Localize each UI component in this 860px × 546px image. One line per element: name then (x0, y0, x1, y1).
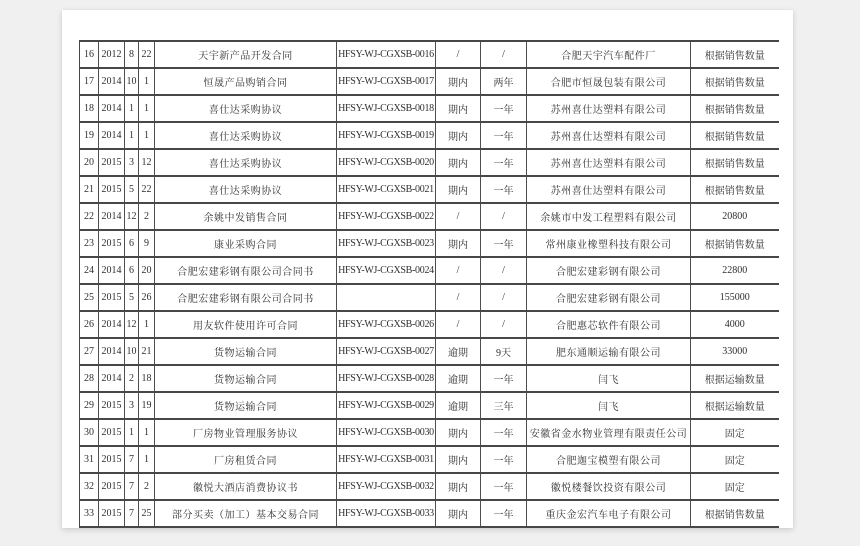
cell-no: 26 (80, 311, 99, 338)
table-row: 242014620合肥宏建彩钢有限公司合同书HFSY-WJ-CGXSB-0024… (80, 257, 779, 284)
cell-company: 合肥宏建彩钢有限公司 (527, 284, 691, 311)
table-row: 292015319货物运输合同HFSY-WJ-CGXSB-0029逾期三年闫飞根… (80, 392, 779, 419)
cell-day: 26 (139, 284, 155, 311)
cell-number: HFSY-WJ-CGXSB-0017 (337, 68, 436, 95)
cell-status: 期内 (436, 419, 481, 446)
cell-number: HFSY-WJ-CGXSB-0016 (337, 41, 436, 68)
cell-company: 合肥惠芯软件有限公司 (527, 311, 691, 338)
cell-duration: 一年 (481, 95, 527, 122)
cell-day: 22 (139, 176, 155, 203)
cell-status: 期内 (436, 122, 481, 149)
cell-month: 7 (125, 473, 139, 500)
cell-company: 苏州喜仕达塑料有限公司 (527, 95, 691, 122)
cell-name: 恒晟产品购销合同 (155, 68, 337, 95)
contract-table: 162012822天宇新产品开发合同HFSY-WJ-CGXSB-0016//合肥… (79, 40, 779, 528)
table-row: 262014121用友软件使用许可合同HFSY-WJ-CGXSB-0026//合… (80, 311, 779, 338)
cell-number: HFSY-WJ-CGXSB-0026 (337, 311, 436, 338)
table-row: 282014218货物运输合同HFSY-WJ-CGXSB-0028逾期一年闫飞根… (80, 365, 779, 392)
cell-no: 32 (80, 473, 99, 500)
cell-quantity: 根据销售数量 (691, 95, 779, 122)
cell-name: 喜仕达采购协议 (155, 95, 337, 122)
cell-name: 合肥宏建彩钢有限公司合同书 (155, 257, 337, 284)
cell-year: 2014 (99, 338, 125, 365)
cell-number: HFSY-WJ-CGXSB-0024 (337, 257, 436, 284)
cell-no: 33 (80, 500, 99, 527)
table-row: 18201411喜仕达采购协议HFSY-WJ-CGXSB-0018期内一年苏州喜… (80, 95, 779, 122)
cell-company: 合肥迦宝模塑有限公司 (527, 446, 691, 473)
cell-quantity: 固定 (691, 419, 779, 446)
cell-no: 20 (80, 149, 99, 176)
cell-no: 30 (80, 419, 99, 446)
cell-month: 7 (125, 500, 139, 527)
scanned-page: 162012822天宇新产品开发合同HFSY-WJ-CGXSB-0016//合肥… (62, 10, 793, 528)
cell-status: / (436, 257, 481, 284)
cell-month: 12 (125, 311, 139, 338)
cell-year: 2015 (99, 419, 125, 446)
table-row: 222014122余姚中发销售合同HFSY-WJ-CGXSB-0022//余姚市… (80, 203, 779, 230)
cell-year: 2014 (99, 257, 125, 284)
table-row: 162012822天宇新产品开发合同HFSY-WJ-CGXSB-0016//合肥… (80, 41, 779, 68)
cell-year: 2012 (99, 41, 125, 68)
cell-day: 1 (139, 122, 155, 149)
cell-duration: 一年 (481, 149, 527, 176)
table-row: 19201411喜仕达采购协议HFSY-WJ-CGXSB-0019期内一年苏州喜… (80, 122, 779, 149)
cell-year: 2015 (99, 500, 125, 527)
cell-duration: 一年 (481, 122, 527, 149)
cell-number: HFSY-WJ-CGXSB-0018 (337, 95, 436, 122)
cell-month: 3 (125, 149, 139, 176)
cell-month: 6 (125, 257, 139, 284)
cell-quantity: 155000 (691, 284, 779, 311)
cell-status: 期内 (436, 68, 481, 95)
cell-status: 期内 (436, 446, 481, 473)
cell-quantity: 根据销售数量 (691, 41, 779, 68)
cell-duration: 三年 (481, 392, 527, 419)
cell-company: 合肥天宇汽车配件厂 (527, 41, 691, 68)
table-row: 202015312喜仕达采购协议HFSY-WJ-CGXSB-0020期内一年苏州… (80, 149, 779, 176)
cell-number: HFSY-WJ-CGXSB-0019 (337, 122, 436, 149)
cell-duration: / (481, 41, 527, 68)
cell-quantity: 22800 (691, 257, 779, 284)
cell-duration: / (481, 284, 527, 311)
cell-duration: / (481, 203, 527, 230)
cell-duration: 一年 (481, 419, 527, 446)
cell-year: 2014 (99, 365, 125, 392)
cell-year: 2015 (99, 473, 125, 500)
cell-company: 肥东通顺运输有限公司 (527, 338, 691, 365)
table-row: 31201571厂房租赁合同HFSY-WJ-CGXSB-0031期内一年合肥迦宝… (80, 446, 779, 473)
cell-status: 期内 (436, 230, 481, 257)
cell-day: 22 (139, 41, 155, 68)
cell-month: 8 (125, 41, 139, 68)
cell-year: 2014 (99, 122, 125, 149)
cell-status: 逾期 (436, 338, 481, 365)
cell-year: 2015 (99, 284, 125, 311)
cell-name: 货物运输合同 (155, 365, 337, 392)
cell-month: 5 (125, 176, 139, 203)
table-row: 212015522喜仕达采购协议HFSY-WJ-CGXSB-0021期内一年苏州… (80, 176, 779, 203)
cell-quantity: 33000 (691, 338, 779, 365)
cell-company: 合肥市恒晟包装有限公司 (527, 68, 691, 95)
cell-company: 闫飞 (527, 392, 691, 419)
cell-duration: / (481, 257, 527, 284)
cell-duration: 一年 (481, 446, 527, 473)
cell-day: 2 (139, 203, 155, 230)
cell-company: 闫飞 (527, 365, 691, 392)
cell-duration: 一年 (481, 230, 527, 257)
cell-quantity: 根据销售数量 (691, 230, 779, 257)
cell-company: 常州康业橡塑科技有限公司 (527, 230, 691, 257)
contract-table-body: 162012822天宇新产品开发合同HFSY-WJ-CGXSB-0016//合肥… (80, 41, 779, 527)
cell-name: 厂房租赁合同 (155, 446, 337, 473)
cell-day: 25 (139, 500, 155, 527)
cell-quantity: 根据销售数量 (691, 149, 779, 176)
cell-company: 苏州喜仕达塑料有限公司 (527, 122, 691, 149)
cell-number: HFSY-WJ-CGXSB-0029 (337, 392, 436, 419)
cell-quantity: 根据运输数量 (691, 365, 779, 392)
cell-number (337, 284, 436, 311)
cell-duration: / (481, 311, 527, 338)
cell-duration: 一年 (481, 176, 527, 203)
cell-company: 余姚市中发工程塑料有限公司 (527, 203, 691, 230)
cell-no: 23 (80, 230, 99, 257)
table-row: 30201511厂房物业管理服务协议HFSY-WJ-CGXSB-0030期内一年… (80, 419, 779, 446)
cell-status: 逾期 (436, 392, 481, 419)
cell-status: / (436, 311, 481, 338)
cell-day: 20 (139, 257, 155, 284)
cell-no: 28 (80, 365, 99, 392)
cell-duration: 一年 (481, 365, 527, 392)
cell-day: 18 (139, 365, 155, 392)
cell-duration: 一年 (481, 473, 527, 500)
cell-month: 7 (125, 446, 139, 473)
cell-name: 喜仕达采购协议 (155, 122, 337, 149)
cell-quantity: 固定 (691, 473, 779, 500)
cell-quantity: 根据运输数量 (691, 392, 779, 419)
cell-day: 12 (139, 149, 155, 176)
cell-day: 1 (139, 68, 155, 95)
cell-name: 厂房物业管理服务协议 (155, 419, 337, 446)
cell-no: 22 (80, 203, 99, 230)
table-row: 172014101恒晟产品购销合同HFSY-WJ-CGXSB-0017期内两年合… (80, 68, 779, 95)
cell-name: 天宇新产品开发合同 (155, 41, 337, 68)
cell-status: 期内 (436, 473, 481, 500)
cell-day: 1 (139, 311, 155, 338)
cell-name: 喜仕达采购协议 (155, 149, 337, 176)
cell-name: 货物运输合同 (155, 338, 337, 365)
cell-company: 重庆金宏汽车电子有限公司 (527, 500, 691, 527)
cell-day: 1 (139, 446, 155, 473)
cell-name: 货物运输合同 (155, 392, 337, 419)
cell-number: HFSY-WJ-CGXSB-0031 (337, 446, 436, 473)
cell-status: / (436, 284, 481, 311)
cell-number: HFSY-WJ-CGXSB-0022 (337, 203, 436, 230)
cell-year: 2014 (99, 95, 125, 122)
cell-day: 21 (139, 338, 155, 365)
cell-month: 5 (125, 284, 139, 311)
cell-name: 喜仕达采购协议 (155, 176, 337, 203)
cell-day: 9 (139, 230, 155, 257)
cell-number: HFSY-WJ-CGXSB-0032 (337, 473, 436, 500)
cell-company: 安徽省金水物业管理有限责任公司 (527, 419, 691, 446)
cell-no: 27 (80, 338, 99, 365)
cell-number: HFSY-WJ-CGXSB-0020 (337, 149, 436, 176)
cell-quantity: 根据销售数量 (691, 176, 779, 203)
cell-quantity: 20800 (691, 203, 779, 230)
table-row: 252015526合肥宏建彩钢有限公司合同书//合肥宏建彩钢有限公司155000 (80, 284, 779, 311)
cell-month: 1 (125, 95, 139, 122)
cell-name: 合肥宏建彩钢有限公司合同书 (155, 284, 337, 311)
cell-name: 余姚中发销售合同 (155, 203, 337, 230)
cell-quantity: 根据销售数量 (691, 122, 779, 149)
cell-year: 2014 (99, 68, 125, 95)
cell-duration: 9天 (481, 338, 527, 365)
cell-no: 18 (80, 95, 99, 122)
cell-name: 徽悦大酒店消费协议书 (155, 473, 337, 500)
cell-year: 2014 (99, 203, 125, 230)
cell-status: / (436, 203, 481, 230)
cell-month: 12 (125, 203, 139, 230)
cell-number: HFSY-WJ-CGXSB-0027 (337, 338, 436, 365)
cell-status: / (436, 41, 481, 68)
cell-company: 苏州喜仕达塑料有限公司 (527, 176, 691, 203)
cell-number: HFSY-WJ-CGXSB-0021 (337, 176, 436, 203)
cell-number: HFSY-WJ-CGXSB-0028 (337, 365, 436, 392)
cell-no: 21 (80, 176, 99, 203)
cell-duration: 两年 (481, 68, 527, 95)
cell-year: 2015 (99, 176, 125, 203)
cell-no: 16 (80, 41, 99, 68)
cell-month: 10 (125, 68, 139, 95)
cell-year: 2015 (99, 446, 125, 473)
cell-day: 19 (139, 392, 155, 419)
cell-no: 17 (80, 68, 99, 95)
cell-name: 康业采购合同 (155, 230, 337, 257)
cell-name: 用友软件使用许可合同 (155, 311, 337, 338)
cell-number: HFSY-WJ-CGXSB-0033 (337, 500, 436, 527)
table-row: 2720141021货物运输合同HFSY-WJ-CGXSB-0027逾期9天肥东… (80, 338, 779, 365)
cell-month: 1 (125, 419, 139, 446)
cell-month: 2 (125, 365, 139, 392)
cell-no: 29 (80, 392, 99, 419)
cell-year: 2014 (99, 311, 125, 338)
table-row: 23201569康业采购合同HFSY-WJ-CGXSB-0023期内一年常州康业… (80, 230, 779, 257)
cell-quantity: 固定 (691, 446, 779, 473)
cell-day: 1 (139, 419, 155, 446)
cell-no: 25 (80, 284, 99, 311)
cell-status: 期内 (436, 149, 481, 176)
cell-month: 3 (125, 392, 139, 419)
cell-name: 部分买卖（加工）基本交易合同 (155, 500, 337, 527)
cell-company: 徽悦楼餐饮投资有限公司 (527, 473, 691, 500)
cell-status: 期内 (436, 95, 481, 122)
cell-month: 1 (125, 122, 139, 149)
cell-no: 24 (80, 257, 99, 284)
cell-day: 1 (139, 95, 155, 122)
cell-quantity: 根据销售数量 (691, 68, 779, 95)
cell-number: HFSY-WJ-CGXSB-0023 (337, 230, 436, 257)
cell-status: 期内 (436, 176, 481, 203)
cell-status: 逾期 (436, 365, 481, 392)
cell-company: 苏州喜仕达塑料有限公司 (527, 149, 691, 176)
cell-no: 19 (80, 122, 99, 149)
table-row: 32201572徽悦大酒店消费协议书HFSY-WJ-CGXSB-0032期内一年… (80, 473, 779, 500)
cell-no: 31 (80, 446, 99, 473)
cell-year: 2015 (99, 149, 125, 176)
table-row: 332015725部分买卖（加工）基本交易合同HFSY-WJ-CGXSB-003… (80, 500, 779, 527)
cell-year: 2015 (99, 230, 125, 257)
cell-duration: 一年 (481, 500, 527, 527)
cell-number: HFSY-WJ-CGXSB-0030 (337, 419, 436, 446)
cell-year: 2015 (99, 392, 125, 419)
cell-status: 期内 (436, 500, 481, 527)
cell-month: 6 (125, 230, 139, 257)
cell-month: 10 (125, 338, 139, 365)
cell-quantity: 4000 (691, 311, 779, 338)
cell-quantity: 根据销售数量 (691, 500, 779, 527)
cell-day: 2 (139, 473, 155, 500)
cell-company: 合肥宏建彩钢有限公司 (527, 257, 691, 284)
